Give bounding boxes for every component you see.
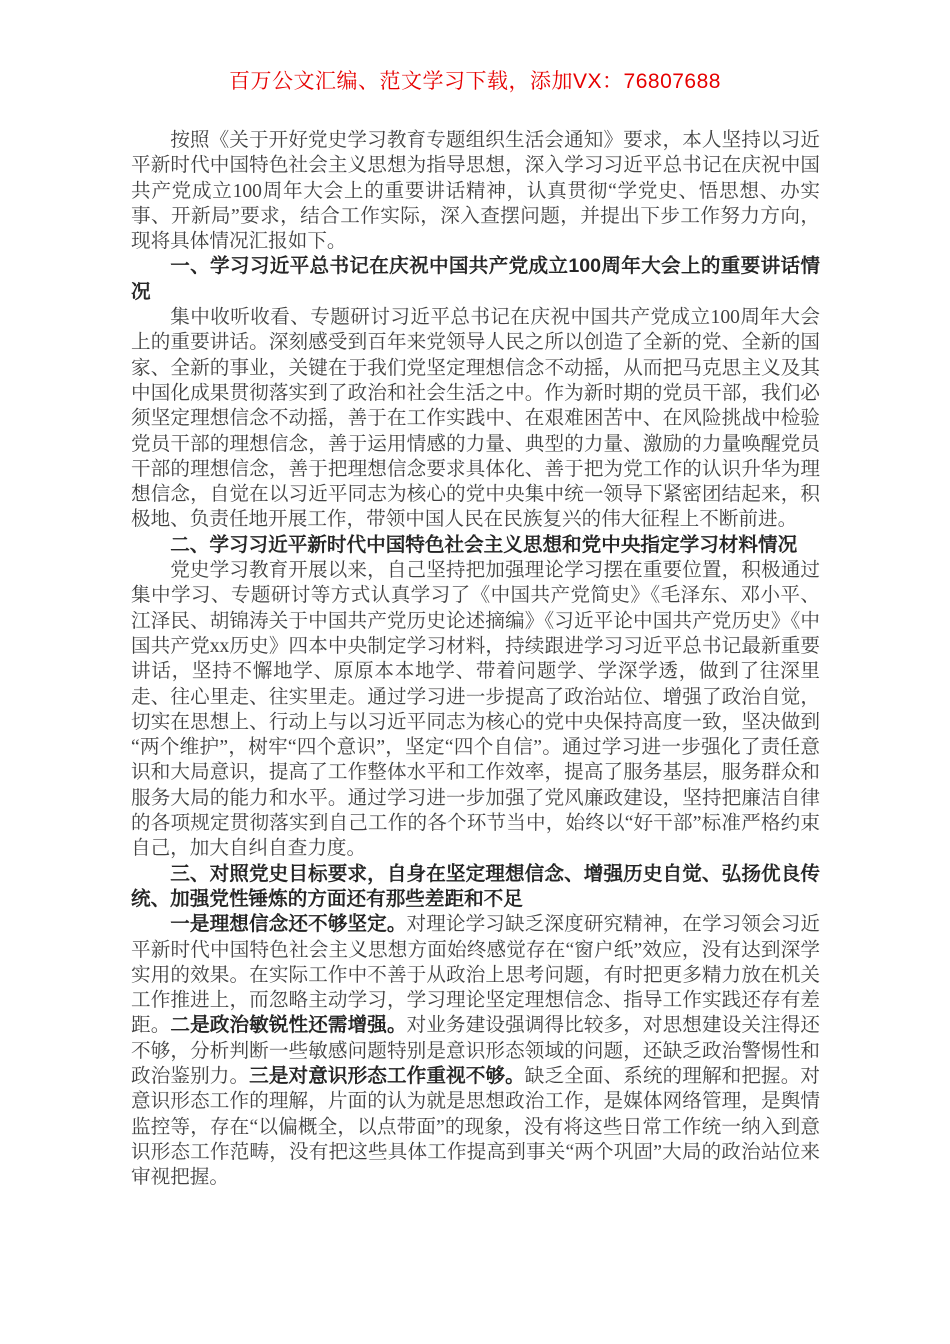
heading-section-1: 一、学习习近平总书记在庆祝中国共产党成立100周年大会上的重要讲话情况 — [131, 254, 820, 305]
bold-point-1: 一是理想信念还不够坚定。 — [170, 913, 406, 935]
bold-point-2: 二是政治敏锐性还需增强。 — [170, 1014, 406, 1036]
document-page: 百万公文汇编、范文学习下载，添加VX：76807688 按照《关于开好党史学习教… — [0, 0, 950, 1344]
heading-section-3: 三、对照党史目标要求，自身在坚定理想信念、增强历史自觉、弘扬优良传统、加强党性锤… — [131, 862, 820, 913]
heading-section-2: 二、学习习近平新时代中国特色社会主义思想和党中央指定学习材料情况 — [131, 533, 820, 558]
bold-point-3: 三是对意识形态工作重视不够。 — [249, 1065, 525, 1087]
promo-header-text: 百万公文汇编、范文学习下载，添加VX：76807688 — [0, 0, 950, 94]
paragraph-section-1: 集中收听收看、专题研讨习近平总书记在庆祝中国共产党成立100周年大会上的重要讲话… — [131, 305, 820, 533]
document-body: 按照《关于开好党史学习教育专题组织生活会通知》要求，本人坚持以习近平新时代中国特… — [131, 128, 820, 1190]
paragraph-section-3: 一是理想信念还不够坚定。对理论学习缺乏深度研究精神，在学习领会习近平新时代中国特… — [131, 912, 820, 1190]
paragraph-section-2: 党史学习教育开展以来，自己坚持把加强理论学习摆在重要位置，积极通过集中学习、专题… — [131, 558, 820, 862]
paragraph-intro: 按照《关于开好党史学习教育专题组织生活会通知》要求，本人坚持以习近平新时代中国特… — [131, 128, 820, 254]
